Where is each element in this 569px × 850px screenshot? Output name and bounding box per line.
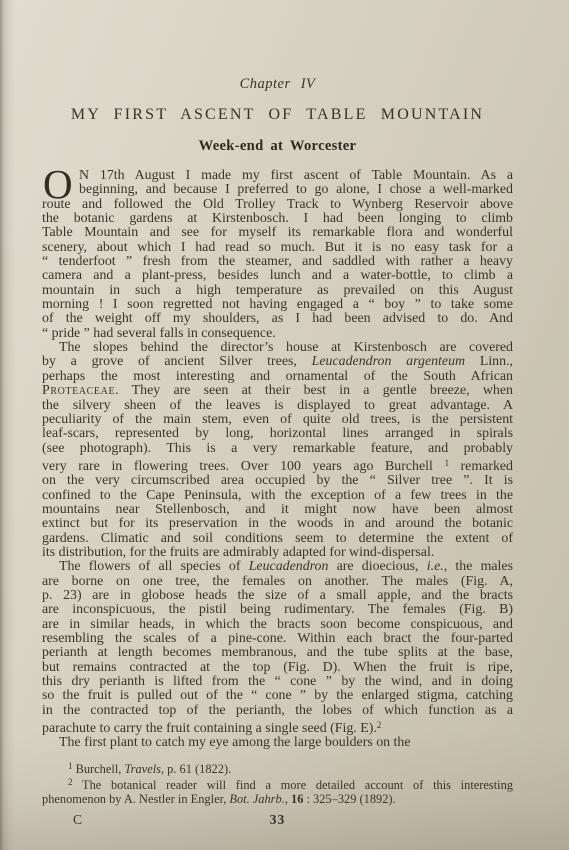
- text-segment: leaf-scars, represented by long, horizon…: [42, 426, 513, 441]
- footnote: 2 The botanical reader will find a more …: [42, 776, 513, 806]
- text-segment: Travels: [124, 762, 161, 776]
- text-segment: 16: [291, 792, 303, 806]
- text-segment: are borne on one tree, the females on an…: [42, 574, 513, 589]
- text-line: p. 23) are in globose heads the size of …: [42, 589, 513, 603]
- text-segment: : 325–329 (1892).: [303, 792, 395, 806]
- text-segment: but remains contracted at the top (Fig. …: [42, 660, 513, 675]
- body-text: ON 17th August I made my first ascent of…: [42, 169, 513, 751]
- text-segment: peculiarity of the main stem, even of qu…: [42, 412, 513, 427]
- page-footer: C 33: [42, 812, 513, 828]
- text-segment: parachute to carry the fruit containing …: [42, 721, 377, 736]
- text-line: of the weight off my shoulders, as I had…: [42, 312, 513, 326]
- text-line: confined to the Cape Peninsula, with the…: [42, 489, 513, 503]
- text-segment: the botanic gardens at Kirstenbosch. I h…: [42, 211, 513, 226]
- text-line: extinct but for its preservation in the …: [42, 517, 513, 531]
- text-segment: the silvery sheen of the leaves is displ…: [42, 398, 513, 413]
- text-line: Table Mountain and see for myself its re…: [42, 226, 513, 240]
- text-segment: Leucadendron: [249, 559, 329, 574]
- text-segment: The botanical reader will find a more de…: [73, 778, 514, 792]
- paragraph: ON 17th August I made my first ascent of…: [42, 169, 513, 341]
- text-line: resembling the scales of a pine-cone. Wi…: [42, 632, 513, 646]
- text-line: scenery, about which I had read so much.…: [42, 241, 513, 255]
- text-segment: its distribution, for the fruits are adm…: [42, 545, 434, 560]
- text-segment: route and followed the Old Trolley Track…: [42, 197, 513, 212]
- text-segment: (see photograph). This is a very remarka…: [42, 441, 513, 456]
- text-line: its distribution, for the fruits are adm…: [42, 546, 513, 560]
- text-line: “ pride ” had several falls in consequen…: [42, 327, 513, 341]
- text-segment: phenomenon by A. Nestler in Engler,: [42, 792, 229, 806]
- text-segment: “ tenderfoot ” fresh from the steamer, a…: [42, 254, 513, 269]
- text-line: very rare in flowering trees. Over 100 y…: [42, 456, 513, 474]
- text-segment: extinct but for its preservation in the …: [42, 516, 513, 531]
- text-segment: Table Mountain and see for myself its re…: [42, 225, 513, 240]
- text-segment: Leucadendron argenteum: [312, 354, 465, 369]
- text-segment: by a grove of ancient Silver trees,: [42, 354, 312, 369]
- book-page-photo: Chapter IV MY FIRST ASCENT OF TABLE MOUN…: [0, 0, 569, 850]
- text-line: N 17th August I made my first ascent of …: [42, 169, 513, 183]
- text-segment: are in similar heads, in which the bract…: [42, 617, 513, 632]
- text-line: camera and a plant-press, besides lunch …: [42, 269, 513, 283]
- text-segment: morning ! I soon regretted not having en…: [42, 297, 513, 312]
- text-segment: so the fruit is pulled out of the “ cone…: [42, 688, 513, 703]
- text-line: phenomenon by A. Nestler in Engler, Bot.…: [42, 793, 513, 807]
- text-segment: N 17th August I made my first ascent of …: [79, 168, 513, 183]
- text-line: perhaps the most interesting and ornamen…: [42, 370, 513, 384]
- text-line: so the fruit is pulled out of the “ cone…: [42, 689, 513, 703]
- text-segment: The first plant to catch my eye among th…: [59, 735, 411, 750]
- text-line: the silvery sheen of the leaves is displ…: [42, 399, 513, 413]
- text-line: “ tenderfoot ” fresh from the steamer, a…: [42, 255, 513, 269]
- signature-mark: C: [73, 812, 82, 828]
- chapter-heading: Chapter IV: [42, 76, 513, 93]
- text-segment: mountains near Stellenbosch, and it migh…: [42, 502, 513, 517]
- text-segment: , p. 61 (1822).: [161, 762, 231, 776]
- text-segment: resembling the scales of a pine-cone. Wi…: [42, 631, 513, 646]
- text-segment: . They are seen at their best in a gentl…: [115, 383, 513, 398]
- text-line: this dry perianth is lifted from the “ c…: [42, 675, 513, 689]
- text-line: are borne on one tree, the females on an…: [42, 575, 513, 589]
- text-segment: scenery, about which I had read so much.…: [42, 240, 513, 255]
- text-line: perianth at length becomes membranous, a…: [42, 646, 513, 660]
- text-segment: remarked: [449, 459, 513, 474]
- text-segment: The flowers of all species of: [59, 559, 249, 574]
- page-content: Chapter IV MY FIRST ASCENT OF TABLE MOUN…: [42, 76, 513, 828]
- text-line: gardens. Climatic and soil conditions se…: [42, 532, 513, 546]
- text-line: mountain in such a high temperature as p…: [42, 284, 513, 298]
- text-line: the botanic gardens at Kirstenbosch. I h…: [42, 212, 513, 226]
- text-line: on the very circumscribed area occupied …: [42, 474, 513, 488]
- text-segment: in the contracted top of the perianth, t…: [42, 703, 513, 718]
- text-line: are inconspicuous, the pistil being rudi…: [42, 603, 513, 617]
- text-segment: camera and a plant-press, besides lunch …: [42, 268, 513, 283]
- footnote: 1 Burchell, Travels, p. 61 (1822).: [42, 760, 513, 777]
- text-line: leaf-scars, represented by long, horizon…: [42, 427, 513, 441]
- text-line: route and followed the Old Trolley Track…: [42, 198, 513, 212]
- text-segment: Linn.,: [465, 354, 513, 369]
- text-line: but remains contracted at the top (Fig. …: [42, 661, 513, 675]
- text-line: Proteaceae. They are seen at their best …: [42, 384, 513, 398]
- text-segment: Burchell,: [73, 762, 125, 776]
- page-title: MY FIRST ASCENT OF TABLE MOUNTAIN: [42, 105, 513, 124]
- text-segment: this dry perianth is lifted from the “ c…: [42, 674, 513, 689]
- page-number: 33: [42, 812, 513, 828]
- text-line: beginning, and because I preferred to go…: [42, 183, 513, 197]
- text-segment: The slopes behind the director’s house a…: [59, 340, 513, 355]
- footnotes: 1 Burchell, Travels, p. 61 (1822).2 The …: [42, 760, 513, 807]
- text-segment: perianth at length becomes membranous, a…: [42, 645, 513, 660]
- text-segment: “ pride ” had several falls in consequen…: [42, 326, 276, 341]
- text-segment: confined to the Cape Peninsula, with the…: [42, 488, 513, 503]
- text-segment: gardens. Climatic and soil conditions se…: [42, 531, 513, 546]
- text-segment: mountain in such a high temperature as p…: [42, 283, 513, 298]
- text-line: The first plant to catch my eye among th…: [42, 736, 513, 750]
- text-line: 1 Burchell, Travels, p. 61 (1822).: [42, 760, 513, 777]
- text-line: mountains near Stellenbosch, and it migh…: [42, 503, 513, 517]
- text-segment: 2: [377, 720, 382, 730]
- dropcap-letter: O: [43, 170, 73, 198]
- text-line: parachute to carry the fruit containing …: [42, 718, 513, 736]
- text-line: The flowers of all species of Leucadendr…: [42, 560, 513, 574]
- text-segment: Bot. Jahrb.: [229, 792, 284, 806]
- text-segment: i.e.: [427, 559, 444, 574]
- text-segment: are inconspicuous, the pistil being rudi…: [42, 602, 513, 617]
- text-line: The slopes behind the director’s house a…: [42, 341, 513, 355]
- text-segment: of the weight off my shoulders, as I had…: [42, 311, 513, 326]
- text-segment: are dioecious,: [328, 559, 426, 574]
- text-line: 2 The botanical reader will find a more …: [42, 776, 513, 793]
- text-line: by a grove of ancient Silver trees, Leuc…: [42, 355, 513, 369]
- section-heading: Week-end at Worcester: [42, 137, 513, 155]
- text-segment: beginning, and because I preferred to go…: [79, 182, 513, 197]
- text-segment: , the males: [444, 559, 513, 574]
- text-segment: perhaps the most interesting and ornamen…: [42, 369, 513, 384]
- page-gutter-shadow: [0, 0, 16, 850]
- text-line: morning ! I soon regretted not having en…: [42, 298, 513, 312]
- text-line: are in similar heads, in which the bract…: [42, 618, 513, 632]
- text-segment: p. 23) are in globose heads the size of …: [42, 588, 513, 603]
- text-line: (see photograph). This is a very remarka…: [42, 442, 513, 456]
- text-segment: very rare in flowering trees. Over 100 y…: [42, 459, 444, 474]
- paragraph: The flowers of all species of Leucadendr…: [42, 560, 513, 736]
- text-line: peculiarity of the main stem, even of qu…: [42, 413, 513, 427]
- paragraph: The slopes behind the director’s house a…: [42, 341, 513, 560]
- paragraph: The first plant to catch my eye among th…: [42, 736, 513, 750]
- text-segment: Proteaceae: [42, 383, 115, 398]
- text-line: in the contracted top of the perianth, t…: [42, 704, 513, 718]
- text-segment: on the very circumscribed area occupied …: [42, 473, 513, 488]
